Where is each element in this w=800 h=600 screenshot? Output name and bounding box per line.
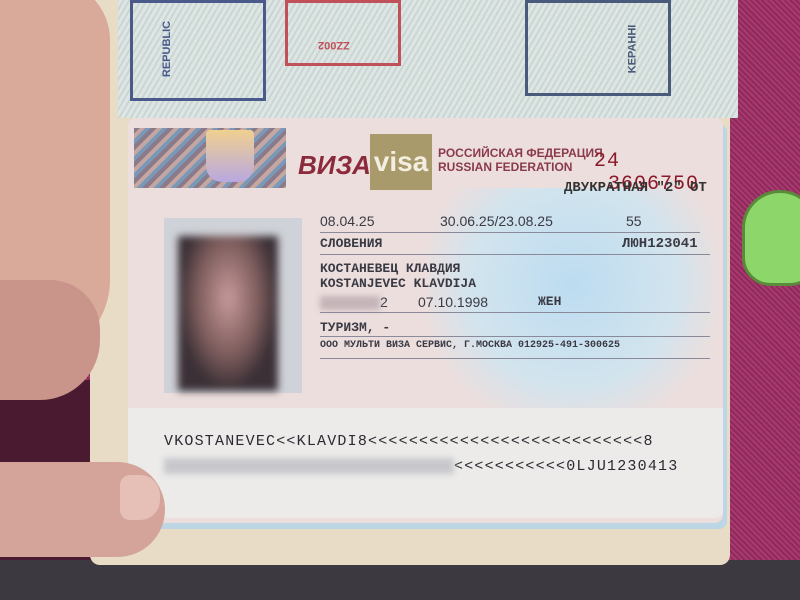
divider (320, 358, 710, 359)
passport-number: 2 (320, 294, 388, 310)
stamp-text: KEPAHHI (626, 25, 638, 74)
country-en: RUSSIAN FEDERATION (438, 160, 572, 174)
purpose: ТУРИЗМ, - (320, 320, 390, 335)
mrz-line-1: VKOSTANEVEC<<KLAVDI8<<<<<<<<<<<<<<<<<<<<… (164, 433, 654, 450)
validity: 30.06.25/23.08.25 (440, 213, 553, 229)
divider (320, 336, 710, 337)
stamp-text: REPUBLIC (161, 21, 173, 77)
divider (320, 312, 710, 313)
stamp-blue-2: KEPAHHI (525, 0, 671, 96)
visa-title-en: visa (370, 134, 432, 190)
mrz-line-2: <<<<<<<<<<<0LJU1230413 (164, 458, 678, 475)
name-en: KOSTANJEVEC KLAVDIJA (320, 276, 476, 291)
blurred-face (178, 236, 278, 391)
issue-date: 08.04.25 (320, 213, 375, 229)
stamp-red: ZZ002 (285, 0, 401, 66)
bag-logo-icon (742, 190, 800, 286)
divider (320, 254, 710, 255)
inviting-organization: ООО МУЛЬТИ ВИЗА СЕРВИС, Г.МОСКВА 012925-… (320, 340, 620, 351)
name-ru: КОСТАНЕВЕЦ КЛАВДИЯ (320, 261, 460, 276)
invitation-number: ЛЮН123041 (622, 236, 698, 252)
visa-sticker: ВИЗА visa РОССИЙСКАЯ ФЕДЕРАЦИЯ RUSSIAN F… (128, 118, 723, 523)
duration-days: 55 (626, 213, 642, 229)
citizenship: СЛОВЕНИЯ (320, 236, 382, 251)
stamp-blue-1: REPUBLIC (130, 0, 266, 101)
visa-series: 24 (594, 150, 620, 173)
redacted-block (164, 458, 454, 474)
visa-title-ru: ВИЗА (298, 150, 371, 181)
coat-of-arms-icon (206, 130, 254, 182)
redacted-block (320, 296, 380, 310)
divider (320, 232, 700, 233)
entries-type: ДВУКРАТНАЯ "2" ОТ (564, 180, 707, 196)
stamp-text: ZZ002 (318, 39, 350, 51)
previous-page: REPUBLIC ZZ002 KEPAHHI (118, 0, 738, 118)
holder-photo (164, 218, 302, 393)
birth-date: 07.10.1998 (418, 294, 488, 310)
floor (0, 560, 800, 600)
sex: ЖЕН (538, 294, 561, 309)
country-ru: РОССИЙСКАЯ ФЕДЕРАЦИЯ (438, 146, 603, 160)
mrz-zone: VKOSTANEVEC<<KLAVDI8<<<<<<<<<<<<<<<<<<<<… (128, 408, 723, 518)
thumbnail (120, 475, 160, 520)
